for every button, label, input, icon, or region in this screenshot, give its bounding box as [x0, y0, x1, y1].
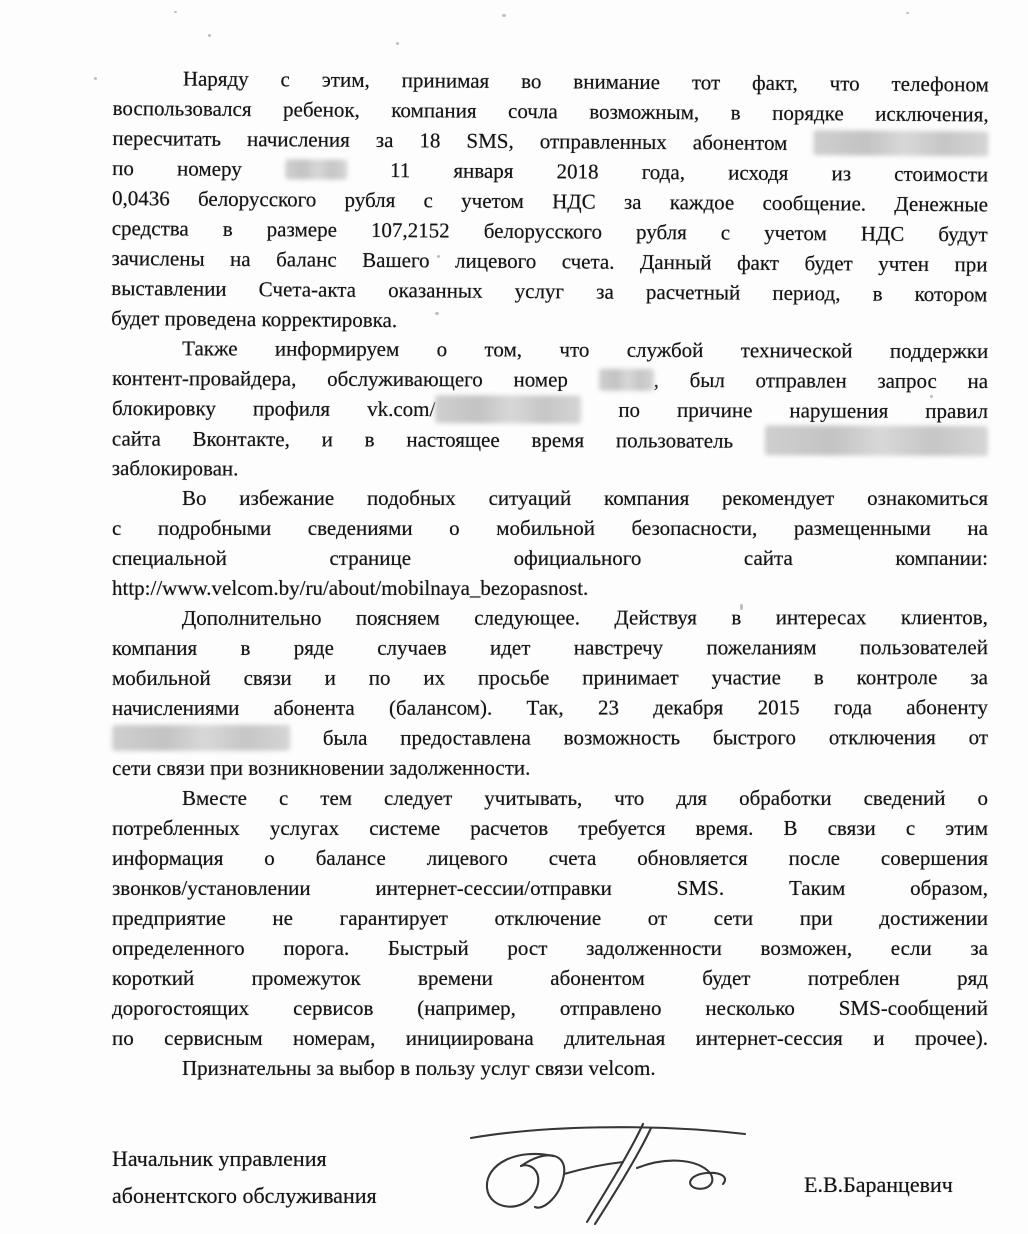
text-segment: выставлении Счета-акта оказанных услуг з…: [111, 276, 987, 306]
text-segment: звонков/установлении интернет-сессии/отп…: [112, 876, 988, 900]
text-segment: , был отправлен запрос на: [654, 368, 989, 393]
text-line: звонков/установлении интернет-сессии/отп…: [112, 873, 988, 903]
text-segment: Вместе с тем следует учитывать, что для …: [182, 786, 988, 810]
text-segment: будет проведена корректировка.: [111, 306, 397, 332]
text-line: с подробными сведениями о мобильной безо…: [112, 513, 988, 543]
signer-title-line1: Начальник управления: [112, 1140, 377, 1177]
text-segment: по причине нарушения правил: [581, 398, 988, 423]
text-segment: сети связи при возникновении задолженнос…: [112, 756, 530, 780]
text-segment: воспользовался ребенок, компания сочла в…: [113, 96, 989, 126]
redaction-box: [435, 395, 581, 424]
text-segment: Дополнительно поясняем следующее. Действ…: [182, 605, 988, 630]
text-line: по сервисным номерам, инициирована длите…: [112, 1023, 988, 1053]
redaction-box: [813, 130, 988, 156]
text-line: сайта Вконтакте, и в настоящее время пол…: [112, 423, 988, 456]
text-segment: блокировку профиля vk.com/: [112, 396, 435, 421]
redaction-box: [599, 368, 654, 390]
text-segment: компания в ряде случаев идет навстречу п…: [112, 635, 988, 660]
text-line: Дополнительно поясняем следующее. Действ…: [112, 602, 988, 633]
scan-speck: [174, 11, 177, 13]
text-segment: сайта Вконтакте, и в настоящее время пол…: [112, 426, 765, 452]
text-segment: 0,0436 белорусского рубля с учетом НДС з…: [112, 186, 988, 216]
text-segment: Признательны за выбор в пользу услуг свя…: [182, 1056, 656, 1080]
scan-speck: [396, 42, 399, 45]
text-line: короткий промежуток времени абонентом бу…: [112, 963, 988, 993]
text-line: блокировку профиля vk.com/ по причине на…: [112, 393, 988, 426]
paragraph: Дополнительно поясняем следующее. Действ…: [112, 602, 988, 783]
paragraph: Вместе с тем следует учитывать, что для …: [112, 783, 988, 1053]
text-segment: мобильной связи и по их просьбе принимае…: [112, 665, 988, 690]
text-line: специальной странице официального сайта …: [112, 543, 988, 573]
text-segment: http://www.velcom.by/ru/about/mobilnaya_…: [112, 576, 588, 600]
text-line: компания в ряде случаев идет навстречу п…: [112, 632, 988, 663]
text-line: потребленных услугах системе расчетов тр…: [112, 813, 988, 843]
text-segment: Также информируем о том, что службой тех…: [182, 336, 988, 363]
text-segment: короткий промежуток времени абонентом бу…: [112, 966, 988, 990]
text-line: дорогостоящих сервисов (например, отправ…: [112, 993, 988, 1023]
scan-speck: [906, 12, 909, 14]
scan-speck: [94, 77, 97, 80]
text-line: http://www.velcom.by/ru/about/mobilnaya_…: [112, 573, 988, 603]
text-line: была предоставлена возможность быстрого …: [112, 722, 988, 753]
text-segment: Во избежание подобных ситуаций компания …: [182, 486, 988, 510]
text-line: Во избежание подобных ситуаций компания …: [112, 483, 988, 513]
text-line: предприятие не гарантирует отключение от…: [112, 903, 988, 933]
paragraph: Наряду с этим, принимая во внимание тот …: [111, 63, 989, 339]
scan-speck: [208, 34, 211, 37]
text-line: Признательны за выбор в пользу услуг свя…: [112, 1053, 988, 1083]
text-segment: средства в размере 107,2152 белорусского…: [112, 216, 988, 246]
text-line: Вместе с тем следует учитывать, что для …: [112, 783, 988, 813]
text-segment: информация о балансе лицевого счета обно…: [112, 846, 988, 870]
text-segment: Наряду с этим, принимая во внимание тот …: [183, 67, 989, 97]
text-segment: дорогостоящих сервисов (например, отправ…: [112, 996, 988, 1020]
text-segment: определенного порога. Быстрый рост задол…: [112, 936, 988, 960]
text-line: мобильной связи и по их просьбе принимае…: [112, 662, 988, 693]
signer-title-line2: абонентского обслуживания: [112, 1177, 377, 1214]
redaction-box: [765, 425, 988, 456]
handwritten-signature-icon: [445, 1112, 760, 1230]
scan-speck: [502, 14, 506, 17]
paragraph: Также информируем о том, что службой тех…: [112, 333, 989, 486]
text-segment: по номеру: [112, 156, 285, 181]
text-segment: контент-провайдера, обслуживающего номер: [112, 366, 599, 392]
scanned-letter-page: Наряду с этим, принимая во внимание тот …: [0, 0, 1028, 1234]
text-segment: заблокирован.: [112, 456, 239, 480]
text-line: контент-провайдера, обслуживающего номер…: [112, 363, 988, 396]
text-line: определенного порога. Быстрый рост задол…: [112, 933, 988, 963]
paragraph: Во избежание подобных ситуаций компания …: [112, 483, 988, 603]
text-segment: специальной странице официального сайта …: [112, 546, 988, 570]
text-line: Также информируем о том, что службой тех…: [112, 333, 988, 366]
text-segment: потребленных услугах системе расчетов тр…: [112, 816, 988, 840]
text-line: информация о балансе лицевого счета обно…: [112, 843, 988, 873]
paragraph: Признательны за выбор в пользу услуг свя…: [112, 1053, 988, 1083]
text-segment: с подробными сведениями о мобильной безо…: [112, 516, 988, 540]
signer-name: Е.В.Баранцевич: [804, 1172, 953, 1198]
text-line: начислениями абонента (балансом). Так, 2…: [112, 692, 988, 723]
text-segment: предприятие не гарантирует отключение от…: [112, 906, 988, 930]
letter-body: Наряду с этим, принимая во внимание тот …: [112, 63, 988, 1083]
text-segment: по сервисным номерам, инициирована длите…: [112, 1026, 988, 1050]
signer-title: Начальник управления абонентского обслуж…: [112, 1140, 377, 1214]
text-segment: начислениями абонента (балансом). Так, 2…: [112, 695, 988, 720]
text-line: заблокирован.: [112, 453, 988, 486]
text-line: сети связи при возникновении задолженнос…: [112, 752, 988, 783]
text-segment: 11 января 2018 года, исходя из стоимости: [347, 158, 988, 187]
text-segment: пересчитать начисления за 18 SMS, отправ…: [112, 126, 813, 155]
text-segment: зачислены на баланс Вашего лицевого счет…: [111, 246, 987, 276]
redaction-box: [112, 724, 290, 750]
text-segment: была предоставлена возможность быстрого …: [290, 725, 988, 750]
redaction-box: [285, 159, 347, 179]
